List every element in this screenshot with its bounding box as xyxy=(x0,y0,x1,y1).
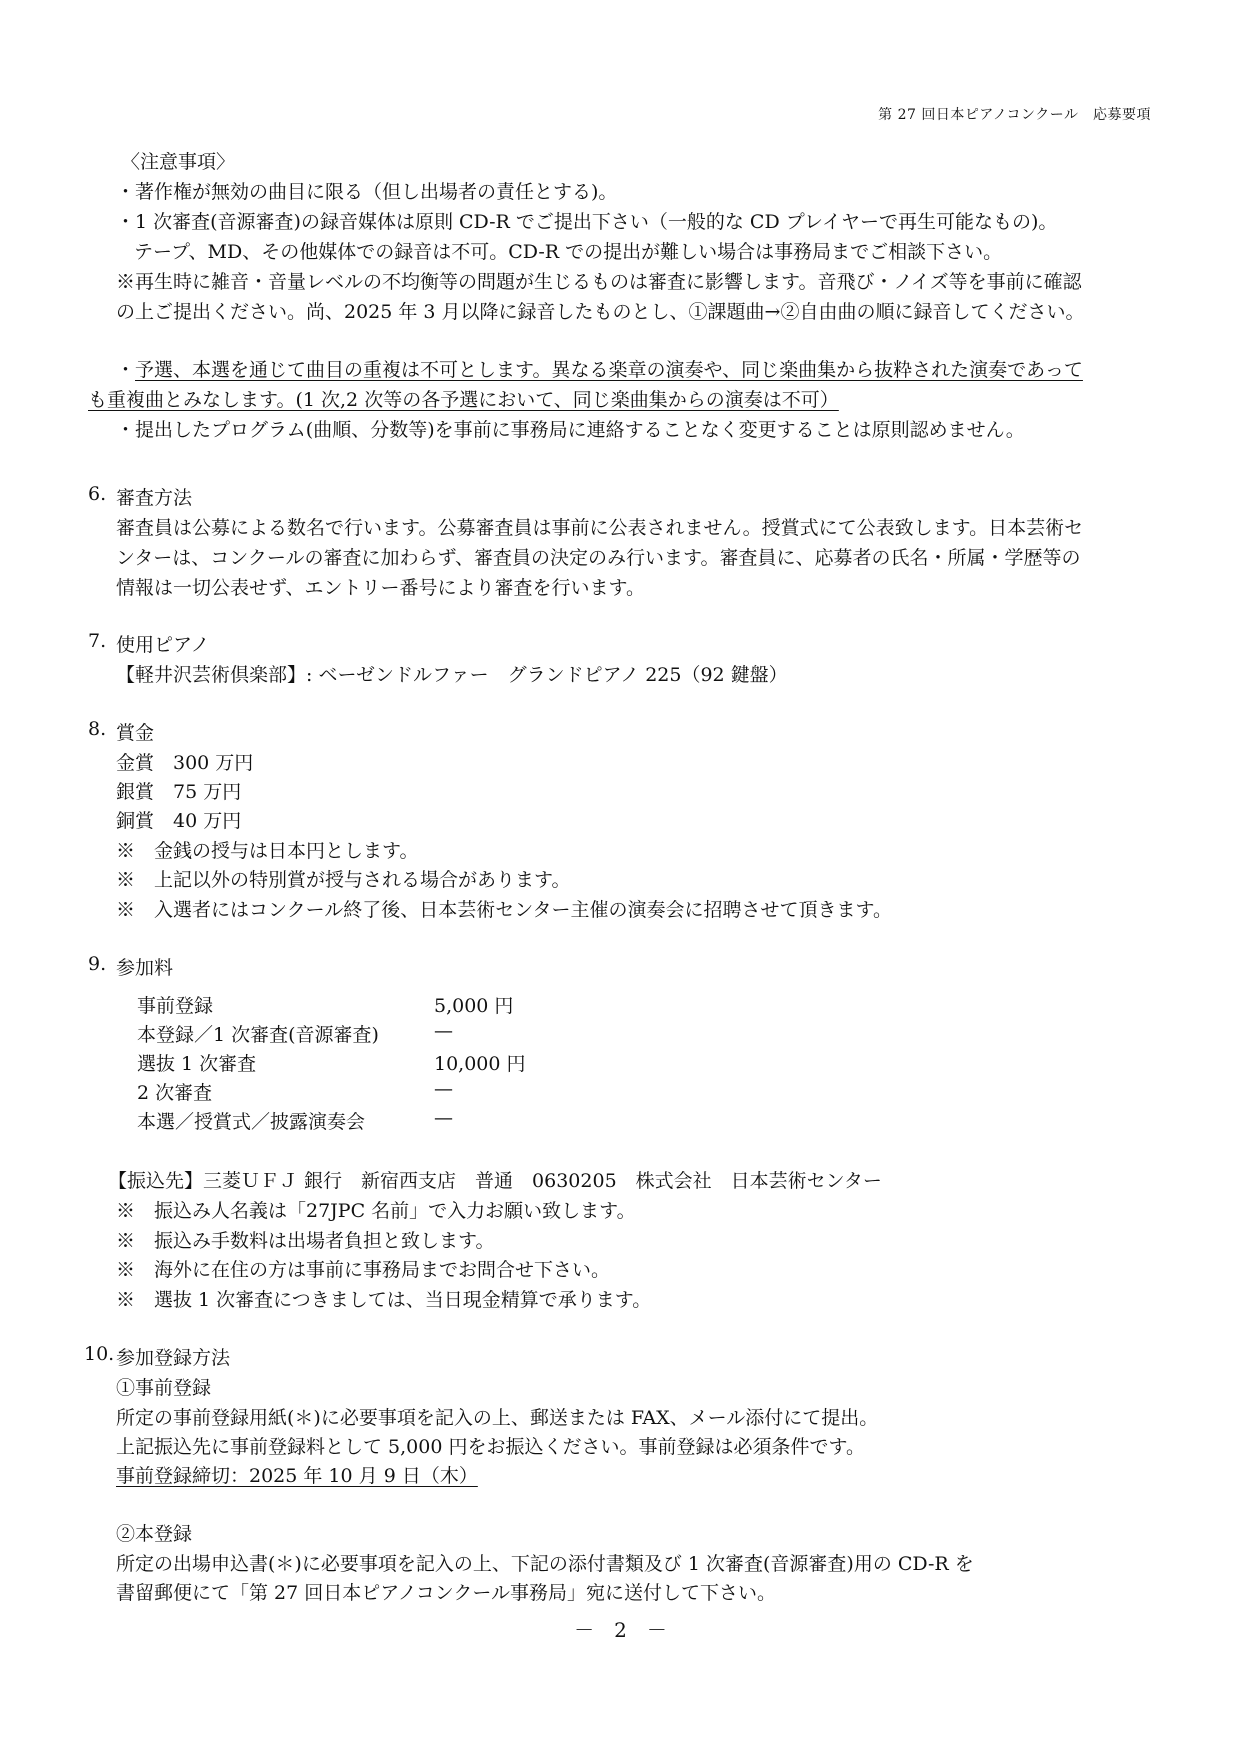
duplicate-rule-line1: ・予選、本選を通じて曲目の重複は不可とします。異なる楽章の演奏や、同じ楽曲集から… xyxy=(116,355,1083,382)
pre-registration-line: 所定の事前登録用紙(＊)に必要事項を記入の上、郵送または FAX、メール添付にて… xyxy=(116,1403,878,1430)
section-9-number: 9. xyxy=(88,953,106,975)
fee-value: 10,000 円 xyxy=(434,1049,526,1076)
fee-note: ※ 振込み手数料は出場者負担と致します。 xyxy=(116,1226,494,1253)
notes-heading: 〈注意事項〉 xyxy=(121,147,235,174)
section-10-number: 10. xyxy=(84,1343,114,1365)
fee-label: 本選／授賞式／披露演奏会 xyxy=(137,1107,365,1134)
section-8-number: 8. xyxy=(88,718,106,740)
fee-label: 本登録／1 次審査(音源審査) xyxy=(137,1020,379,1047)
fee-label: 選抜 1 次審査 xyxy=(137,1049,256,1076)
prize-bronze: 銅賞 40 万円 xyxy=(116,806,241,833)
main-registration-line: 所定の出場申込書(＊)に必要事項を記入の上、下記の添付書類及び 1 次審査(音源… xyxy=(116,1549,974,1576)
prize-silver: 銀賞 75 万円 xyxy=(116,777,241,804)
main-registration-line: 書留郵便にて「第 27 回日本ピアノコンクール事務局」宛に送付して下さい。 xyxy=(116,1578,776,1605)
note-item-cd-format: ・1 次審査(音源審査)の録音媒体は原則 CD-R でご提出下さい（一般的な C… xyxy=(116,207,1057,234)
program-change-note: ・提出したプログラム(曲順、分数等)を事前に事務局に連絡することなく変更すること… xyxy=(116,415,1025,442)
pre-registration-line: 上記振込先に事前登録料として 5,000 円をお振込ください。事前登録は必須条件… xyxy=(116,1432,865,1459)
prize-note: ※ 上記以外の特別賞が授与される場合があります。 xyxy=(116,865,570,892)
fee-note: ※ 選抜 1 次審査につきましては、当日現金精算で承ります。 xyxy=(116,1285,651,1312)
prize-note: ※ 入選者にはコンクール終了後、日本芸術センター主催の演奏会に招聘させて頂きます… xyxy=(116,895,892,922)
prize-note: ※ 金銭の授与は日本円とします。 xyxy=(116,836,418,863)
judging-line: ンターは、コンクールの審査に加わらず、審査員の決定のみ行います。審査員に、応募者… xyxy=(116,543,1080,570)
judging-line: 審査員は公募による数名で行います。公募審査員は事前に公表されません。授賞式にて公… xyxy=(116,513,1083,540)
fee-value: — xyxy=(434,1107,453,1129)
fee-note: ※ 海外に在住の方は事前に事務局までお問合せ下さい。 xyxy=(116,1255,610,1282)
page-number: － 2 － xyxy=(0,1614,1241,1643)
fee-label: 事前登録 xyxy=(137,991,213,1018)
document-header: 第 27 回日本ピアノコンクール 応募要項 xyxy=(878,104,1151,124)
section-7-title: 使用ピアノ xyxy=(116,630,209,657)
section-9-title: 参加料 xyxy=(116,953,173,980)
bullet: ・ xyxy=(116,359,135,381)
section-8-title: 賞金 xyxy=(116,718,154,745)
pre-registration-deadline: 事前登録締切：2025 年 10 月 9 日（木） xyxy=(116,1461,478,1488)
section-10-title: 参加登録方法 xyxy=(116,1343,230,1370)
note-item-other-media: テープ、MD、その他媒体での録音は不可。CD-R での提出が難しい場合は事務局ま… xyxy=(134,237,1002,264)
bank-transfer-info: 【振込先】三菱ＵＦＪ 銀行 新宿西支店 普通 0630205 株式会社 日本芸術… xyxy=(108,1166,882,1193)
note-item-copyright: ・著作権が無効の曲目に限る（但し出場者の責任とする)。 xyxy=(116,177,617,204)
pre-registration-title: ①事前登録 xyxy=(116,1373,211,1400)
judging-line: 情報は一切公表せず、エントリー番号により審査を行います。 xyxy=(116,573,645,600)
fee-value: — xyxy=(434,1078,453,1100)
note-item-recording-order: の上ご提出ください。尚、2025 年 3 月以降に録音したものとし、①課題曲→②… xyxy=(116,297,1084,324)
main-registration-title: ②本登録 xyxy=(116,1519,192,1546)
section-6-title: 審査方法 xyxy=(116,483,192,510)
prize-gold: 金賞 300 万円 xyxy=(116,748,253,775)
duplicate-rule-text: 予選、本選を通じて曲目の重複は不可とします。異なる楽章の演奏や、同じ楽曲集から抜… xyxy=(135,359,1083,381)
note-item-playback-warning: ※再生時に雑音・音量レベルの不均衡等の問題が生じるものは審査に影響します。音飛び… xyxy=(116,267,1082,294)
duplicate-rule-line2: も重複曲とみなします。(1 次,2 次等の各予選において、同じ楽曲集からの演奏は… xyxy=(88,385,839,412)
section-6-number: 6. xyxy=(88,483,106,505)
piano-detail: 【軽井沢芸術倶楽部】: ベーゼンドルファー グランドピアノ 225（92 鍵盤） xyxy=(116,660,788,687)
fee-note: ※ 振込み人名義は「27JPC 名前」で入力お願い致します。 xyxy=(116,1196,636,1223)
fee-value: 5,000 円 xyxy=(434,991,513,1018)
fee-label: 2 次審査 xyxy=(137,1078,212,1105)
fee-value: — xyxy=(434,1020,453,1042)
section-7-number: 7. xyxy=(88,630,106,652)
